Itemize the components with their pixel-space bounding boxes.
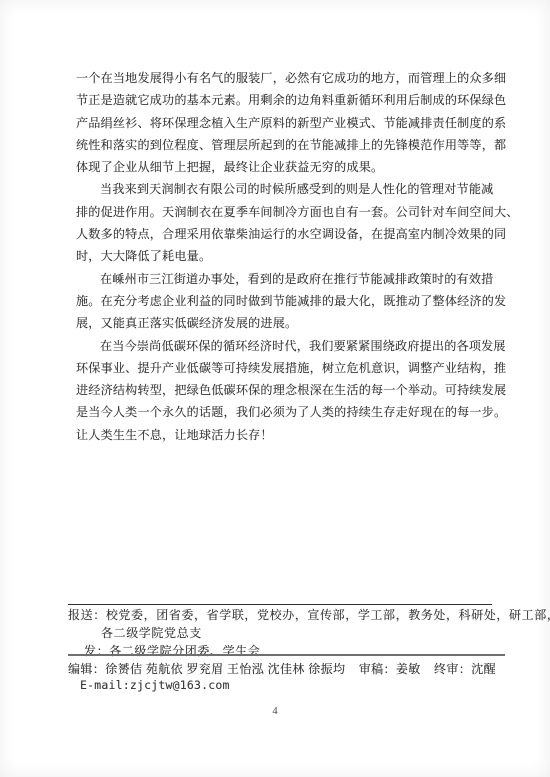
document-page: 一个在当地发展得小有名气的服装厂，必然有它成功的地方，而管理上的众多细节正是造就… [0,0,550,777]
send-line: 发：各二级学院分团委、学生会 [68,643,498,661]
paragraph: 一个在当地发展得小有名气的服装厂，必然有它成功的地方，而管理上的众多细节正是造就… [76,67,479,178]
text-line: 在嵊州市三江街道办事处，看到的是政府在推行节能减排政策时的有效措 [76,268,479,290]
review-group: 审稿：姜敏 [359,660,421,677]
paragraph: 在嵊州市三江街道办事处，看到的是政府在推行节能减排政策时的有效措施。在充分考虑企… [76,268,479,335]
text-line: 进经济结构转型，把绿色低碳环保的理念根深在生活的每一个举动。可持续发展 [76,379,479,401]
text-line: 产品绢丝衫、将环保理念植入生产原料的新型产业模式、节能减排责任制度的系 [76,112,479,134]
text-line: 让人类生生不息，让地球活力长存！ [76,424,479,446]
distribution-block: 报送：校党委，团省委，省学联，党校办，宣传部，学工部，教务处，科研处，研工部， … [68,607,498,660]
text-line: 展，又能真正落实低碳经济发展的进展。 [76,312,479,334]
review-label: 审稿： [359,662,396,676]
distribution-value: 校党委，团省委，省学联，党校办，宣传部，学工部，教务处，科研处，研工部， [106,608,550,622]
page-number: 4 [0,706,550,717]
distribution-line-continued: 各二级学院党总支 [68,625,498,643]
text-line: 环保事业、提升产业低碳等可持续发展措施，树立危机意识，调整产业结构，推 [76,357,479,379]
final-reviewer-name: 沈醒 [471,662,496,676]
text-line: 当我来到天润制衣有限公司的时候所感受到的则是人性化的管理对节能减 [76,178,479,200]
text-line: 时，大大降低了耗电量。 [76,245,479,267]
final-review-group: 终审：沈醒 [434,660,496,677]
final-review-label: 终审： [434,662,471,676]
editor-label: 编辑： [68,662,105,676]
text-line: 统性和落实的到位程度、管理层所起到的在节能减排上的先锋模范作用等等，都 [76,134,479,156]
text-line: 是当今人类一个永久的话题，我们必须为了人类的持续生存走好现在的每一步。 [76,401,479,423]
text-line: 人数多的特点，合理采用依靠柴油运行的水空调设备，在提高室内制冷效果的同 [76,223,479,245]
text-line: 排的促进作用。天润制衣在夏季车间制冷方面也自有一套。公司针对车间空间大、 [76,201,479,223]
editor-group: 编辑：徐赟佶 苑航依 罗兖眉 王怡泓 沈佳林 徐振均 [68,660,345,677]
credits-line: 编辑：徐赟佶 苑航依 罗兖眉 王怡泓 沈佳林 徐振均 审稿：姜敏 终审：沈醒 [68,660,496,677]
text-line: 体现了企业从细节上把握，最终让企业获益无穷的成果。 [76,156,479,178]
distribution-label: 报送： [68,608,106,622]
text-line: 节正是造就它成功的基本元素。用剩余的边角料重新循环利用后制成的环保绿色 [76,89,479,111]
body-text: 一个在当地发展得小有名气的服装厂，必然有它成功的地方，而管理上的众多细节正是造就… [76,67,479,446]
footer-rule-top [68,604,492,605]
text-line: 施。在充分考虑企业利益的同时做到节能减排的最大化，既推动了整体经济的发 [76,290,479,312]
editor-names: 徐赟佶 苑航依 罗兖眉 王怡泓 沈佳林 徐振均 [105,662,345,676]
paragraph: 在当今崇尚低碳环保的循环经济时代，我们要紧紧围绕政府提出的各项发展环保事业、提升… [76,335,479,446]
text-line: 在当今崇尚低碳环保的循环经济时代，我们要紧紧围绕政府提出的各项发展 [76,335,479,357]
reviewer-name: 姜敏 [396,662,421,676]
text-line: 一个在当地发展得小有名气的服装厂，必然有它成功的地方，而管理上的众多细 [76,67,479,89]
paragraph: 当我来到天润制衣有限公司的时候所感受到的则是人性化的管理对节能减排的促进作用。天… [76,178,479,267]
footer-rule-bottom [68,654,505,656]
email-text: E-mail:zjcjtw@163.com [80,678,230,692]
distribution-line: 报送：校党委，团省委，省学联，党校办，宣传部，学工部，教务处，科研处，研工部， [68,607,498,625]
